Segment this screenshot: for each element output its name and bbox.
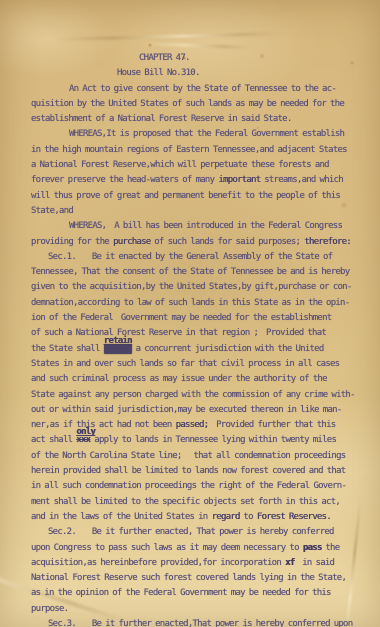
text-segment: upon Congress to pass such laws as it ma… bbox=[31, 543, 303, 553]
document-line: act shall onlyxxx apply to lands in Tenn… bbox=[31, 433, 363, 448]
text-segment: of such lands for said purposes; bbox=[150, 237, 304, 247]
correction-dark: important bbox=[218, 175, 260, 185]
text-segment: providing for the bbox=[31, 237, 113, 247]
correction-overtyped: pass bbox=[303, 543, 322, 553]
text-segment: forever preserve the head-waters of many bbox=[31, 175, 218, 185]
document-line: will thus prove of great and permanent b… bbox=[31, 189, 363, 204]
document-line: in all such condemnation proceedings the… bbox=[31, 479, 363, 494]
text-segment: WHEREAS, A bill has been introduced in t… bbox=[69, 221, 342, 231]
document-text: CHAPTER 47.House Bill No.310.An Act to g… bbox=[31, 51, 363, 627]
correction-dark: therefore: bbox=[304, 237, 351, 247]
typewriter-correction: onlyxxx bbox=[76, 433, 90, 448]
document-line: of the North Carolina State line; that a… bbox=[31, 449, 363, 464]
text-segment: Sec.2. Be it further enacted, That power… bbox=[48, 527, 334, 537]
text-segment: a National Forest Reserve,which will per… bbox=[31, 160, 329, 170]
document-line: Sec.1. Be it enacted by the General Asse… bbox=[31, 250, 363, 265]
document-line: of such a National Forest Reserve in tha… bbox=[31, 326, 363, 341]
document-line: and in the laws of the United States in … bbox=[31, 510, 363, 525]
inserted-word: only bbox=[76, 425, 95, 440]
text-segment: House Bill No.310. bbox=[117, 68, 200, 78]
text-segment: States in and over such lands so far tha… bbox=[31, 359, 339, 369]
text-segment: and such criminal process as may issue u… bbox=[31, 374, 327, 384]
text-segment: given to the acquisition,by the United S… bbox=[31, 282, 352, 292]
text-segment: State against any person charged with th… bbox=[31, 390, 355, 400]
text-segment: in all such condemnation proceedings the… bbox=[31, 481, 346, 491]
text-segment: act shall bbox=[31, 435, 76, 445]
text-segment: acquisition,as hereinbefore provided,for… bbox=[31, 558, 285, 568]
text-segment: establishment of a National Forest Reser… bbox=[31, 114, 292, 124]
document-line: WHEREAS, A bill has been introduced in t… bbox=[31, 219, 363, 234]
text-segment: a concurrent jurisdiction with the Unite… bbox=[132, 344, 324, 354]
correction-dark: regard bbox=[211, 512, 239, 522]
document-line: herein provided shall be limited to land… bbox=[31, 464, 363, 479]
typewriter-correction: retainxxxxxx bbox=[104, 342, 132, 357]
document-line: State,and bbox=[31, 204, 363, 219]
inserted-word: retain bbox=[104, 334, 132, 349]
text-segment: purpose. bbox=[31, 604, 68, 614]
document-line: State against any person charged with th… bbox=[31, 388, 363, 403]
document-line: ment shall be limited to the specific ob… bbox=[31, 495, 363, 510]
document-line: in the high mountain regions of Eastern … bbox=[31, 143, 363, 158]
document-line: forever preserve the head-waters of many… bbox=[31, 173, 363, 188]
text-segment: the State shall bbox=[31, 344, 104, 354]
text-segment: WHEREAS,It is proposed that the Federal … bbox=[69, 129, 344, 139]
text-segment: ner,as if this act had not been bbox=[31, 420, 176, 430]
document-line: as in the opinion of the Federal Governm… bbox=[31, 586, 363, 601]
text-segment: and in the laws of the United States in bbox=[31, 512, 211, 522]
text-segment: Sec.1. Be it enacted by the General Asse… bbox=[48, 252, 332, 262]
text-segment: apply to lands in Tennessee lying within… bbox=[90, 435, 336, 445]
document-line: establishment of a National Forest Reser… bbox=[31, 112, 363, 127]
text-segment: CHAPTER 47. bbox=[139, 53, 190, 63]
text-segment: herein provided shall be limited to land… bbox=[31, 466, 345, 476]
document-line: ion of the Federal Government may be nee… bbox=[31, 311, 363, 326]
text-segment: quisition by the United States of such l… bbox=[31, 99, 344, 109]
text-segment: of such a National Forest Reserve in tha… bbox=[31, 328, 326, 338]
document-line: and such criminal process as may issue u… bbox=[31, 372, 363, 387]
document-line: Tennessee, That the consent of the State… bbox=[31, 265, 363, 280]
document-line: States in and over such lands so far tha… bbox=[31, 357, 363, 372]
document-line: quisition by the United States of such l… bbox=[31, 97, 363, 112]
text-segment: State,and bbox=[31, 206, 73, 216]
text-segment: will thus prove of great and permanent b… bbox=[31, 191, 340, 201]
text-segment: Tennessee, That the consent of the State… bbox=[31, 267, 349, 277]
document-line: National Forest Reserve such forest cove… bbox=[31, 571, 363, 586]
document-page: CHAPTER 47.House Bill No.310.An Act to g… bbox=[0, 0, 380, 627]
text-segment: in said bbox=[294, 558, 334, 568]
correction-overtyped: xf bbox=[285, 558, 294, 568]
text-segment: Sec.3. Be it further enacted,That power … bbox=[48, 619, 352, 627]
text-segment: ment shall be limited to the specific ob… bbox=[31, 497, 340, 507]
document-line: acquisition,as hereinbefore provided,for… bbox=[31, 556, 363, 571]
document-line: providing for the purchase of such lands… bbox=[31, 235, 363, 250]
document-line: Sec.3. Be it further enacted,That power … bbox=[31, 617, 363, 627]
document-line: out or within said jurisdiction,may be e… bbox=[31, 403, 363, 418]
text-segment: as in the opinion of the Federal Governm… bbox=[31, 588, 331, 598]
text-segment: demnation,according to law of such lands… bbox=[31, 298, 349, 308]
text-segment: in the high mountain regions of Eastern … bbox=[31, 145, 347, 155]
document-line: a National Forest Reserve,which will per… bbox=[31, 158, 363, 173]
text-segment: of the North Carolina State line; that a… bbox=[31, 451, 345, 461]
text-segment: out or within said jurisdiction,may be e… bbox=[31, 405, 341, 415]
chapter-heading: CHAPTER 47. bbox=[31, 51, 363, 66]
paper-crease bbox=[140, 42, 250, 49]
text-segment: the bbox=[321, 543, 339, 553]
document-line: the State shall retainxxxxxx a concurren… bbox=[31, 342, 363, 357]
text-segment: ion of the Federal Government may be nee… bbox=[31, 313, 331, 323]
text-segment: An Act to give consent by the State of T… bbox=[69, 84, 336, 94]
bill-number: House Bill No.310. bbox=[31, 66, 363, 81]
document-line: demnation,according to law of such lands… bbox=[31, 296, 363, 311]
correction-dark: passed; bbox=[176, 420, 209, 430]
document-line: WHEREAS,It is proposed that the Federal … bbox=[31, 127, 363, 142]
document-line: purpose. bbox=[31, 602, 363, 617]
text-segment: Provided further that this bbox=[208, 420, 335, 430]
paper-crease bbox=[55, 32, 285, 41]
document-line: An Act to give consent by the State of T… bbox=[31, 82, 363, 97]
correction-dark: purchase bbox=[113, 237, 150, 247]
correction-dark: Forest Reserves. bbox=[257, 512, 331, 522]
document-line: Sec.2. Be it further enacted, That power… bbox=[31, 525, 363, 540]
text-segment: to bbox=[239, 512, 256, 522]
text-segment: streams,and which bbox=[260, 175, 343, 185]
text-segment: National Forest Reserve such forest cove… bbox=[31, 573, 346, 583]
document-line: upon Congress to pass such laws as it ma… bbox=[31, 541, 363, 556]
document-line: given to the acquisition,by the United S… bbox=[31, 280, 363, 295]
